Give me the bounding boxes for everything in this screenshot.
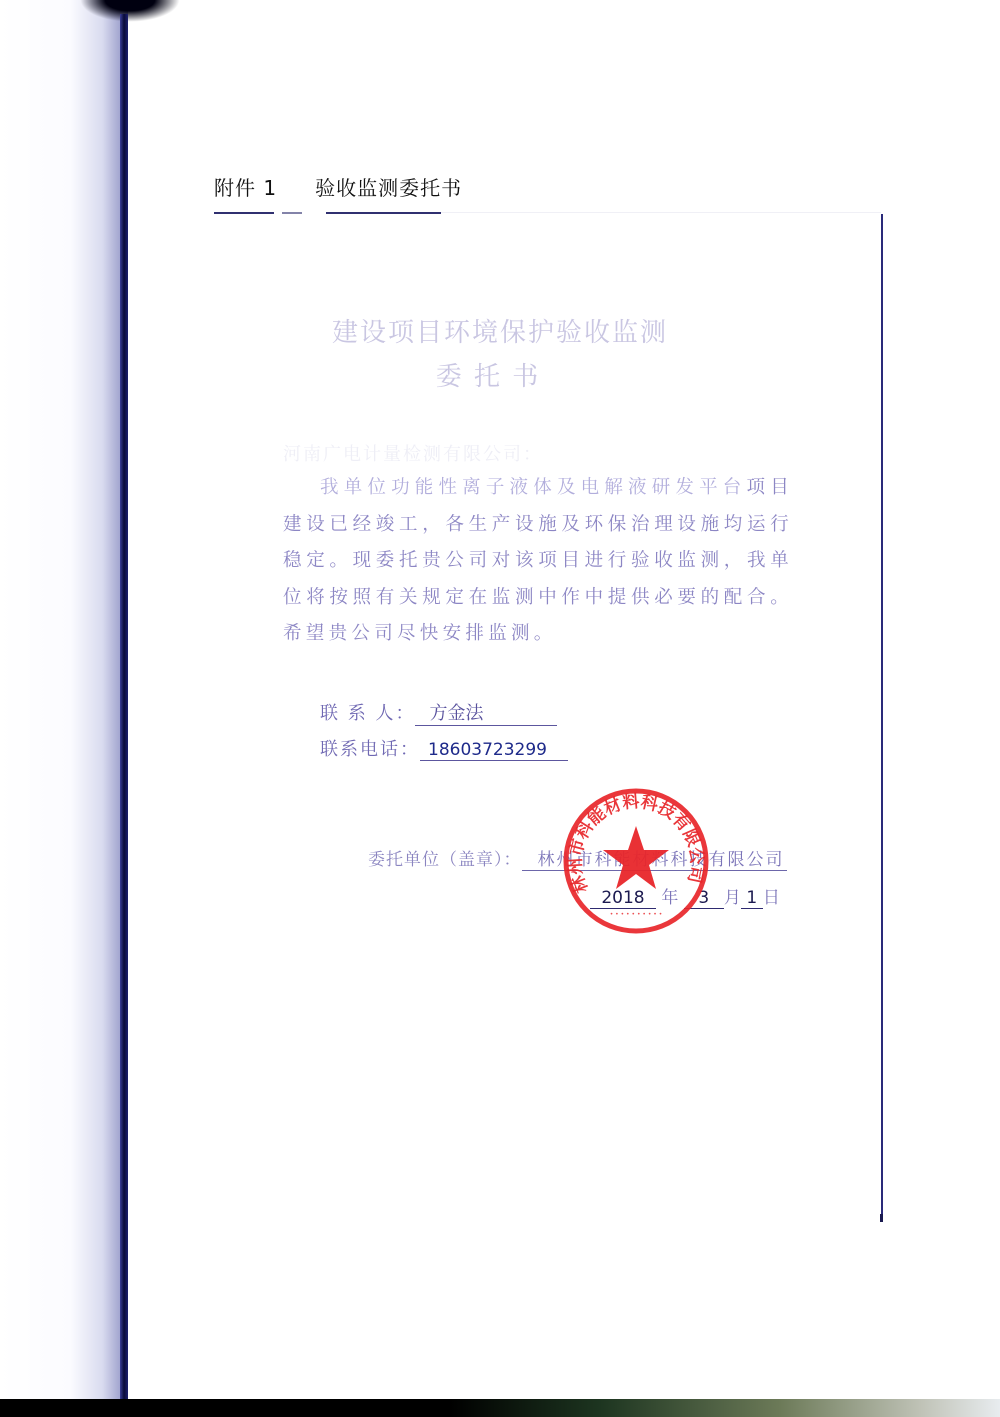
svg-text:• • • • • • • • • •: • • • • • • • • • • (610, 911, 663, 918)
client-label: 委托单位（盖章）： (368, 850, 522, 870)
document-title: 建设项目环境保护验收监测 (0, 312, 1000, 349)
header-rule (214, 212, 274, 214)
contact-person-value: 方金法 (415, 699, 557, 726)
header-rule (441, 212, 881, 213)
contact-phone-label: 联系电话： (320, 739, 420, 760)
company-seal: 林州市科能材料科技有限公司 • • • • • • • • • • (561, 786, 711, 936)
contact-person-label: 联 系 人： (320, 703, 415, 724)
binding-shadow (80, 0, 180, 22)
contact-person-row: 联 系 人：方金法 (320, 699, 557, 726)
body-paragraph: 我单位功能性离子液体及电解液研发平台项目建设已经竣工，各生产设施及环保治理设施均… (283, 470, 793, 653)
body-first-line: 我单位功能性离子液体及电解液研发平台 (320, 477, 747, 498)
stacked-pages-edge (0, 0, 128, 1400)
attachment-number: 附件 1 (214, 176, 277, 200)
month-label: 月 (724, 888, 741, 908)
contact-phone-row: 联系电话：18603723299 (320, 735, 568, 761)
day-label: 日 (763, 888, 780, 908)
attachment-title: 验收监测委托书 (315, 176, 462, 200)
contact-phone-value: 18603723299 (420, 740, 568, 761)
page-margin-rule-end (880, 1214, 883, 1222)
document-subtitle: 委 托 书 (0, 356, 988, 393)
date-day: 1 (741, 888, 763, 909)
header-rule (282, 212, 302, 214)
book-binding (120, 14, 128, 1400)
salutation: 河南广电计量检测有限公司： (283, 440, 543, 466)
attachment-header: 附件 1验收监测委托书 (214, 172, 462, 201)
header-rule (326, 212, 441, 214)
scan-bottom-edge (0, 1399, 1000, 1417)
body-rest: 项目建设已经竣工，各生产设施及环保治理设施均运行稳定。现委托贵公司对该项目进行验… (283, 477, 793, 644)
star-icon (603, 826, 669, 889)
